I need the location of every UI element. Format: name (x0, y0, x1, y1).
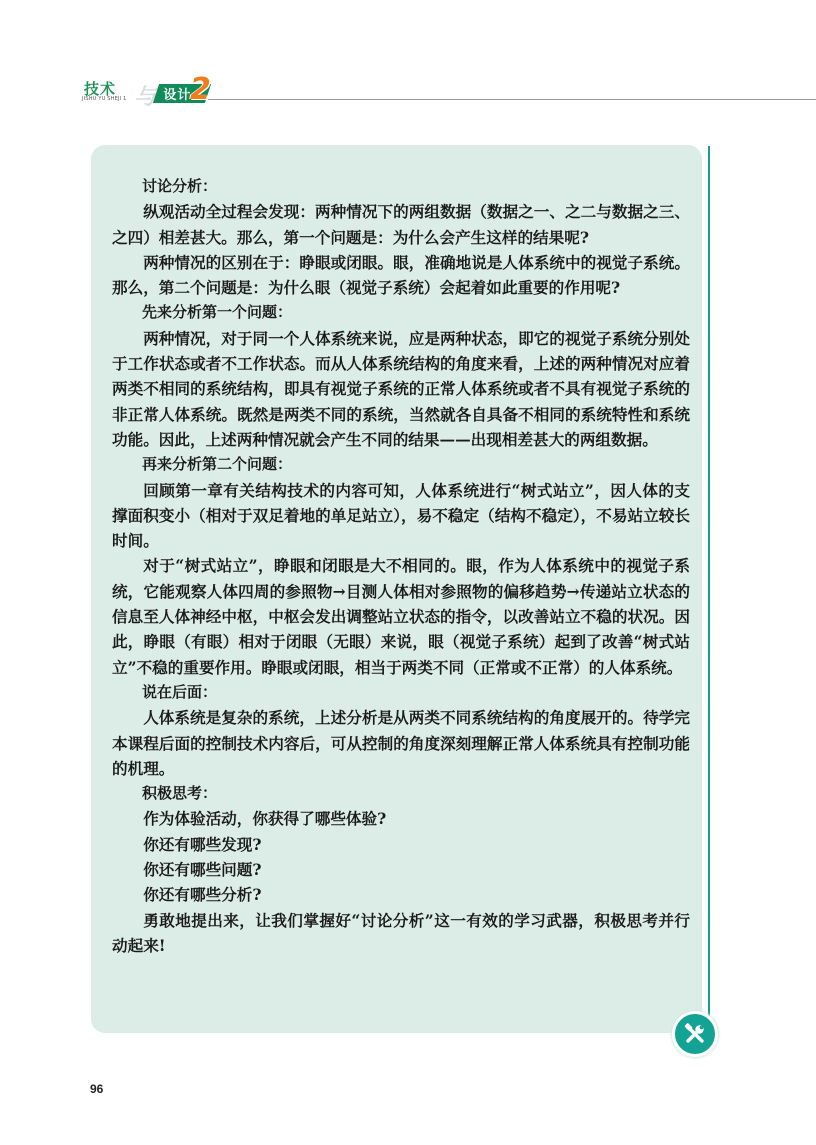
discussion-text: 讨论分析： 纵观活动全过程会发现：两种情况下的两组数据（数据之一、之二与数据之三… (112, 174, 690, 958)
section-heading-afterword: 说在后面： (112, 680, 690, 705)
page-header: 技术 JISHU YU SHEJI 1 与 设计 2 (82, 78, 816, 110)
logo-connector: 与 (134, 80, 156, 111)
page-number: 96 (90, 1082, 103, 1096)
section-heading-discussion: 讨论分析： (112, 174, 690, 199)
side-divider (708, 146, 710, 1016)
logo-word-sheji: 设计 (163, 86, 191, 105)
question-item: 你还有哪些发现? (112, 832, 690, 857)
paragraph: 纵观活动全过程会发现：两种情况下的两组数据（数据之一、之二与数据之三、之四）相差… (112, 199, 690, 250)
logo-volume-number: 2 (190, 72, 211, 107)
paragraph: 勇敢地提出来，让我们掌握好“讨论分析”这一有效的学习武器，积极思考并行动起来! (112, 908, 690, 959)
question-item: 你还有哪些分析? (112, 882, 690, 907)
paragraph: 两种情况的区别在于：睁眼或闭眼。眼，准确地说是人体系统中的视觉子系统。那么，第二… (112, 250, 690, 301)
paragraph: 回顾第一章有关结构技术的内容可知，人体系统进行“树式站立”，因人体的支撑面积变小… (112, 478, 690, 554)
question-item: 你还有哪些问题? (112, 857, 690, 882)
section-heading-second-question: 再来分析第二个问题： (112, 452, 690, 477)
paragraph: 两种情况，对于同一个人体系统来说，应是两种状态，即它的视觉子系统分别处于工作状态… (112, 326, 690, 452)
tools-badge (672, 1011, 718, 1057)
paragraph: 人体系统是复杂的系统，上述分析是从两类不同系统结构的角度展开的。待学完本课程后面… (112, 705, 690, 781)
paragraph: 对于“树式站立”，睁眼和闭眼是大不相同的。眼，作为人体系统中的视觉子系统，它能观… (112, 553, 690, 679)
tools-icon (683, 1022, 707, 1046)
question-item: 作为体验活动，你获得了哪些体验? (112, 806, 690, 831)
section-heading-first-question: 先来分析第一个问题： (112, 300, 690, 325)
logo-pinyin: JISHU YU SHEJI 1 (82, 96, 126, 102)
header-divider (208, 99, 816, 100)
section-heading-think: 积极思考： (112, 781, 690, 806)
